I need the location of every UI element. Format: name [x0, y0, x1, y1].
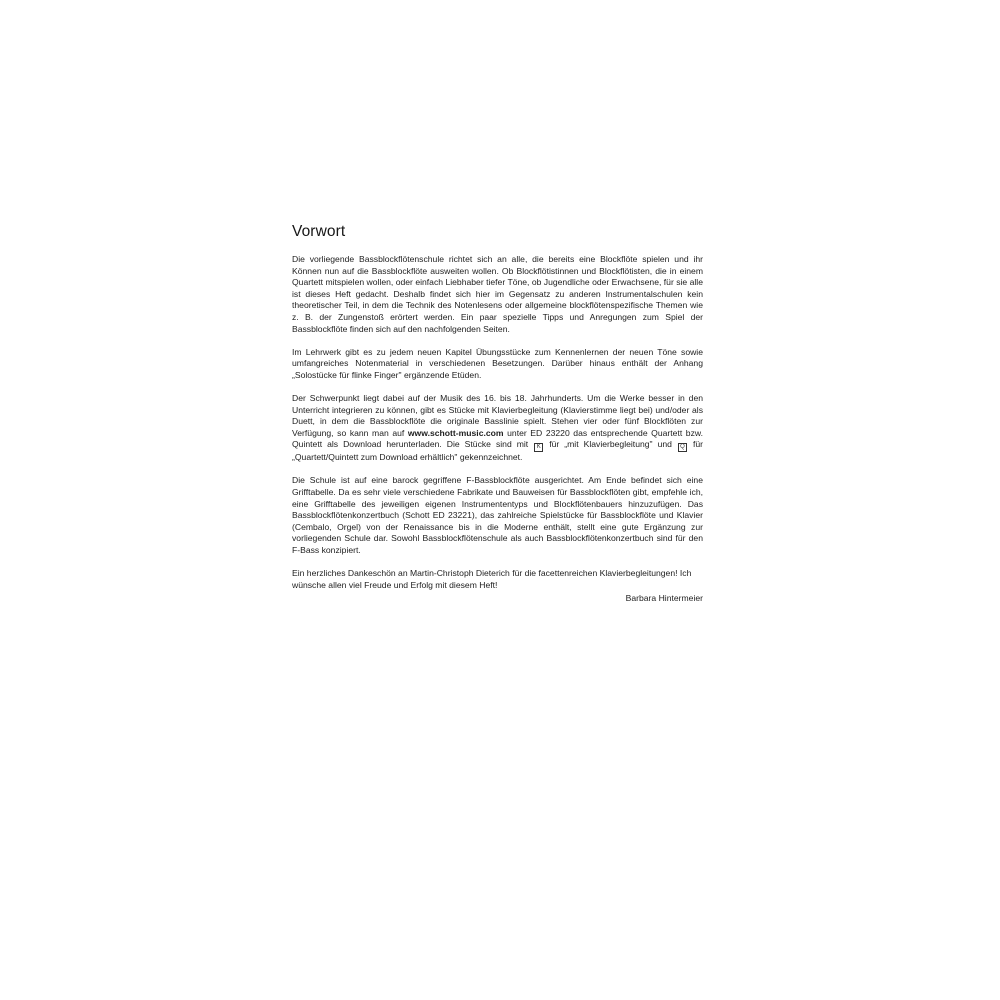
download-quartet-icon: Q: [678, 443, 687, 452]
schott-music-link[interactable]: www.schott-music.com: [408, 428, 504, 438]
paragraph-schule: Die Schule ist auf eine barock gegriffen…: [292, 475, 703, 556]
paragraph-dank: Ein herzliches Dankeschön an Martin-Chri…: [292, 568, 703, 591]
author-signature: Barbara Hintermeier: [292, 593, 703, 605]
paragraph-intro: Die vorliegende Bassblockflötenschule ri…: [292, 254, 703, 335]
document-page: Vorwort Die vorliegende Bassblockflötens…: [292, 222, 703, 605]
page-title: Vorwort: [292, 222, 703, 242]
schwerpunkt-text-3: für „mit Klavierbegleitung" und: [544, 439, 677, 449]
paragraph-schwerpunkt: Der Schwerpunkt liegt dabei auf der Musi…: [292, 393, 703, 464]
piano-accompaniment-icon: K: [534, 443, 543, 452]
paragraph-lehrwerk: Im Lehrwerk gibt es zu jedem neuen Kapit…: [292, 347, 703, 382]
